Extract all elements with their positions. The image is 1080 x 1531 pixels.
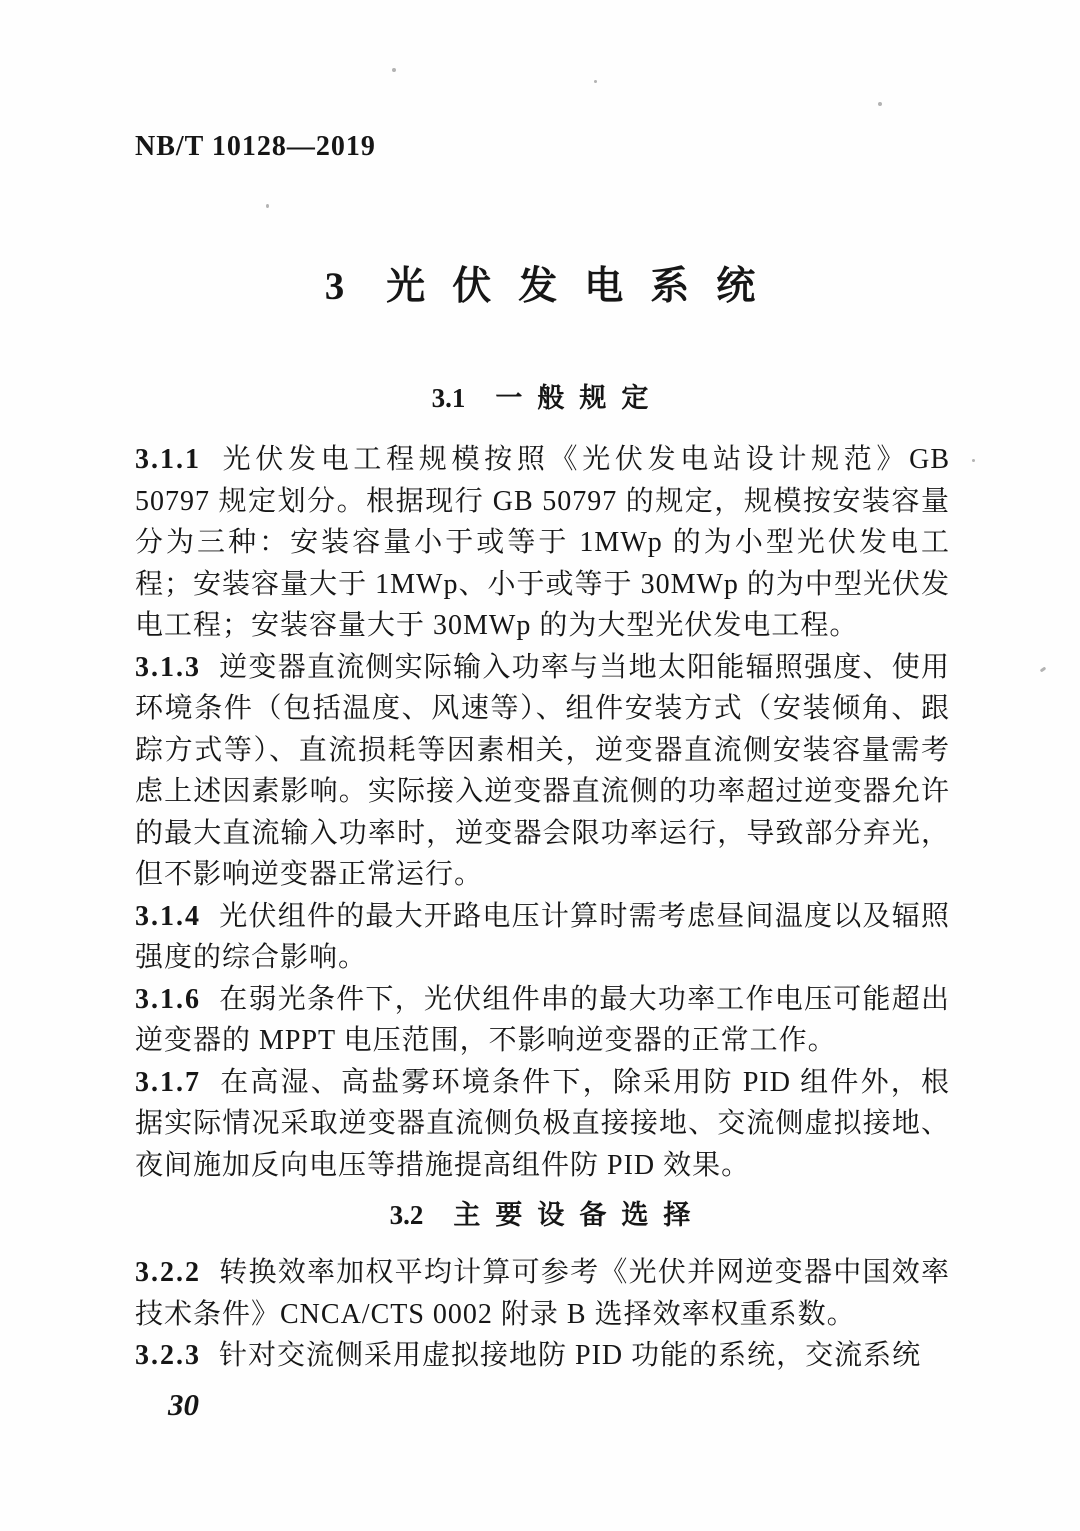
clause-text: 在高湿、高盐雾环境条件下，除采用防 PID 组件外，根据实际情况采取逆变器直流侧… — [135, 1067, 950, 1181]
clause-text: 光伏组件的最大开路电压计算时需考虑昼间温度以及辐照强度的综合影响。 — [135, 901, 950, 974]
clause-number: 3.1.6 — [135, 984, 201, 1015]
document-page: NB/T 10128—2019 3光伏发电系统 3.1一般规定 3.1.1光伏发… — [0, 0, 1080, 1531]
section-heading-3-1: 3.1一般规定 — [0, 377, 1080, 419]
chapter-title: 3光伏发电系统 — [0, 261, 1080, 313]
section-number: 3.1 — [432, 383, 466, 413]
scan-speck — [1040, 667, 1047, 673]
clause-3-1-4: 3.1.4光伏组件的最大开路电压计算时需考虑昼间温度以及辐照强度的综合影响。 — [135, 896, 950, 979]
clause-text: 光伏发电工程规模按照《光伏发电站设计规范》GB 50797 规定划分。根据现行 … — [135, 444, 950, 641]
chapter-number: 3 — [325, 265, 345, 308]
standard-code: NB/T 10128—2019 — [135, 0, 1080, 164]
scan-speck — [594, 80, 597, 83]
clause-3-1-6: 3.1.6在弱光条件下，光伏组件串的最大功率工作电压可能超出逆变器的 MPPT … — [135, 979, 950, 1062]
section-number: 3.2 — [390, 1200, 424, 1230]
clause-text: 针对交流侧采用虚拟接地防 PID 功能的系统，交流系统 — [219, 1340, 921, 1371]
clause-3-1-7: 3.1.7在高湿、高盐雾环境条件下，除采用防 PID 组件外，根据实际情况采取逆… — [135, 1062, 950, 1187]
clause-text: 逆变器直流侧实际输入功率与当地太阳能辐照强度、使用环境条件（包括温度、风速等）、… — [135, 652, 950, 891]
scan-speck — [972, 459, 975, 462]
clause-text: 在弱光条件下，光伏组件串的最大功率工作电压可能超出逆变器的 MPPT 电压范围，… — [135, 984, 950, 1057]
scan-speck — [392, 68, 396, 72]
section-title-text: 一般规定 — [495, 383, 663, 413]
clause-3-2-2: 3.2.2转换效率加权平均计算可参考《光伏并网逆变器中国效率技术条件》CNCA/… — [135, 1252, 950, 1335]
section-heading-3-2: 3.2主要设备选择 — [0, 1194, 1080, 1236]
section-3-1-clauses: 3.1.1光伏发电工程规模按照《光伏发电站设计规范》GB 50797 规定划分。… — [135, 439, 950, 1186]
clause-number: 3.1.3 — [135, 652, 201, 683]
standard-code-text: NB/T 10128—2019 — [135, 131, 376, 162]
clause-text: 转换效率加权平均计算可参考《光伏并网逆变器中国效率技术条件》CNCA/CTS 0… — [135, 1257, 950, 1330]
page-number: 30 — [168, 1387, 1080, 1423]
scan-speck — [878, 102, 882, 106]
section-3-2-clauses: 3.2.2转换效率加权平均计算可参考《光伏并网逆变器中国效率技术条件》CNCA/… — [135, 1252, 950, 1377]
clause-3-1-1: 3.1.1光伏发电工程规模按照《光伏发电站设计规范》GB 50797 规定划分。… — [135, 439, 950, 647]
section-title-text: 主要设备选择 — [453, 1200, 705, 1230]
chapter-title-text: 光伏发电系统 — [386, 265, 782, 308]
clause-number: 3.2.3 — [135, 1340, 201, 1371]
scan-speck — [266, 204, 269, 208]
clause-number: 3.2.2 — [135, 1257, 201, 1288]
clause-number: 3.1.4 — [135, 901, 201, 932]
clause-3-1-3: 3.1.3逆变器直流侧实际输入功率与当地太阳能辐照强度、使用环境条件（包括温度、… — [135, 647, 950, 896]
clause-number: 3.1.7 — [135, 1067, 201, 1098]
clause-3-2-3: 3.2.3针对交流侧采用虚拟接地防 PID 功能的系统，交流系统 — [135, 1335, 950, 1377]
clause-number: 3.1.1 — [135, 444, 201, 475]
